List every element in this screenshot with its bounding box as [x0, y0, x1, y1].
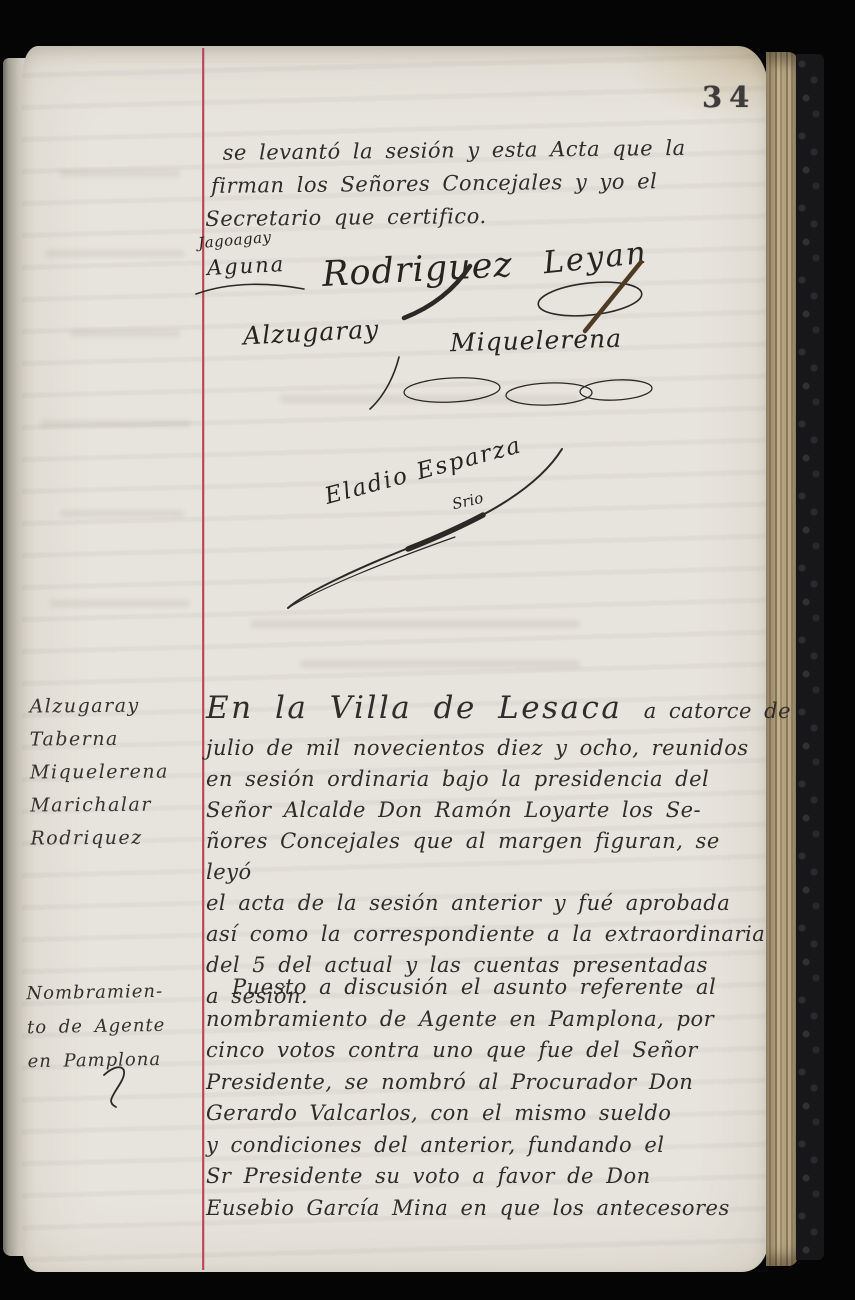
agenda-line: Puesto a discusión el asunto referente a…	[206, 972, 791, 1004]
bleedthrough-smudge	[280, 395, 580, 403]
agenda-line: Presidente, se nombró al Procurador Don	[206, 1067, 791, 1099]
bleedthrough-smudge	[300, 660, 580, 668]
session-line: ñores Concejales que al margen figuran, …	[206, 826, 776, 888]
attendee-name: Taberna	[30, 723, 169, 757]
bleedthrough-smudge	[60, 510, 185, 517]
session-line: así como la correspondiente a la extraor…	[206, 919, 776, 950]
session-line: Señor Alcalde Don Ramón Loyarte los Se-	[206, 795, 776, 826]
attendee-name: Rodriquez	[30, 822, 169, 856]
margin-note-line: Nombramien-	[26, 975, 165, 1011]
bleedthrough-smudge	[60, 170, 180, 177]
margin-note-line: en Pamplona	[27, 1043, 166, 1079]
closing-line: Secretario que certifico.	[205, 197, 770, 236]
session-line: en sesión ordinaria bajo la presidencia …	[206, 764, 776, 795]
attendee-name: Marichalar	[30, 789, 169, 823]
session-date-start: a catorce de	[644, 699, 791, 723]
attendee-name: Alzugaray	[29, 690, 168, 724]
agenda-line: y condiciones del anterior, fundando el	[206, 1130, 791, 1162]
margin-note-agente-pamplona: Nombramien- to de Agente en Pamplona	[26, 975, 166, 1079]
agenda-line: Sr Presidente su voto a favor de Don	[206, 1161, 791, 1193]
margin-attendee-list: Alzugaray Taberna Miquelerena Marichalar…	[29, 690, 169, 856]
session-line: el acta de la sesión anterior y fué apro…	[206, 888, 776, 919]
attendee-name: Miquelerena	[30, 756, 169, 790]
photo-of-minutes-book: { "colors": { "background": "#060606", "…	[0, 0, 855, 1300]
bleedthrough-smudge	[70, 330, 180, 337]
agenda-paragraph: Puesto a discusión el asunto referente a…	[206, 972, 791, 1224]
margin-note-line: to de Agente	[27, 1009, 166, 1045]
session-line: julio de mil novecientos diez y ocho, re…	[206, 733, 776, 764]
folio-number: 34	[702, 80, 756, 114]
agenda-line: Eusebio García Mina en que los antecesor…	[206, 1193, 791, 1225]
signature-aguna: Aguna	[206, 252, 285, 280]
agenda-line: cinco votos contra uno que fue del Señor	[206, 1035, 791, 1067]
bleedthrough-smudge	[250, 620, 580, 628]
session-place-heading: En la Villa de Lesaca	[206, 690, 622, 726]
session-opening-line: En la Villa de Lesaca a catorce de	[206, 686, 776, 733]
agenda-line: nombramiento de Agente en Pamplona, por	[206, 1004, 791, 1036]
leather-cover-edge	[796, 54, 824, 1260]
red-margin-rule	[202, 48, 204, 1270]
bleedthrough-smudge	[50, 600, 190, 607]
closing-line: se levantó la sesión y esta Acta que la	[204, 131, 769, 170]
agenda-line: Gerardo Valcarlos, con el mismo sueldo	[206, 1098, 791, 1130]
session-opening-paragraph: En la Villa de Lesaca a catorce de julio…	[206, 686, 776, 1012]
bleedthrough-smudge	[45, 250, 185, 257]
signature-miquelerena: Miquelerena	[450, 324, 623, 357]
closing-paragraph: se levantó la sesión y esta Acta que la …	[204, 131, 770, 236]
bleedthrough-smudge	[40, 420, 190, 427]
